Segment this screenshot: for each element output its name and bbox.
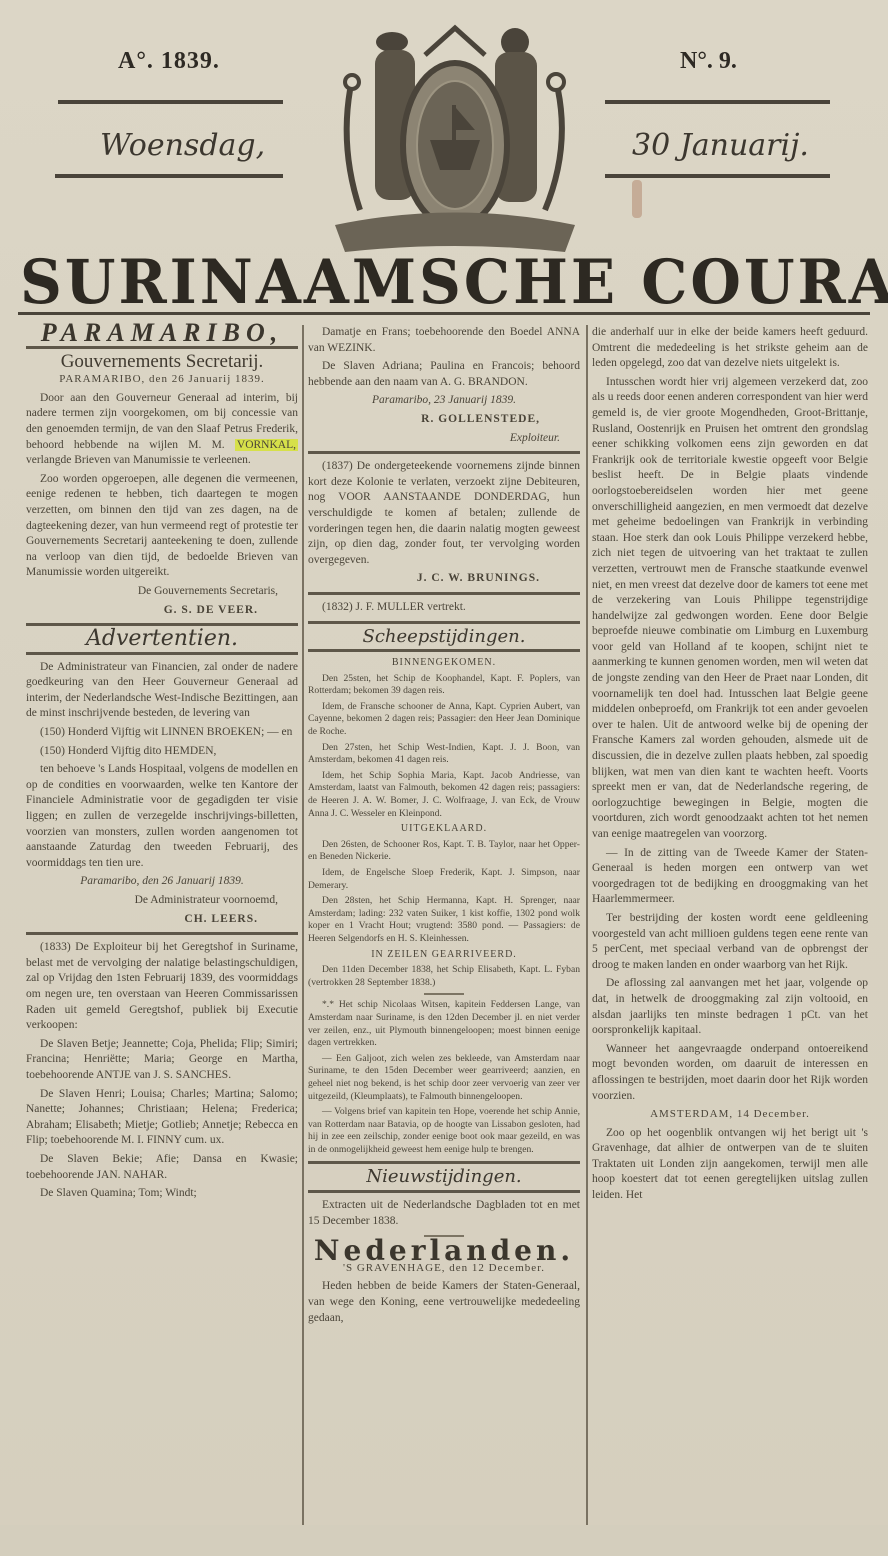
advert-sign-title: De Administrateur voornoemd, — [26, 893, 298, 909]
advert-paragraph: De Slaven Bekie; Afie; Dansa en Kwasie; … — [26, 1152, 298, 1183]
column-3: die anderhalf uur in elke der beide kame… — [592, 325, 868, 1207]
column-2: Damatje en Frans; toebehoorende den Boed… — [308, 325, 580, 1329]
news-paragraph: Wanneer het aangevraagde onderpand ontoe… — [592, 1042, 868, 1104]
column-divider-2 — [586, 325, 588, 1550]
advert-date: Paramaribo, 23 Januarij 1839. — [308, 393, 580, 409]
masthead-rule-left-top — [58, 100, 283, 104]
issue-date: 30 Januarij. — [632, 128, 809, 163]
country-heading: Nederlanden. — [308, 1243, 580, 1259]
separator — [308, 1190, 580, 1193]
separator — [26, 932, 298, 935]
column-divider-1 — [302, 325, 304, 1550]
signature-title: De Gouvernements Secretaris, — [26, 584, 298, 600]
separator — [308, 621, 580, 624]
coat-of-arms-icon — [330, 20, 580, 255]
notice-paragraph: Door aan den Gouverneur Generaal ad inte… — [26, 391, 298, 469]
issue-weekday: Woensdag, — [100, 128, 265, 163]
separator — [26, 652, 298, 655]
paper-stain — [632, 180, 642, 218]
advert-item: (150) Honderd Vijftig wit LINNEN BROEKEN… — [26, 725, 298, 741]
advert-paragraph: (1837) De ondergeteekende voornemens zij… — [308, 459, 580, 568]
news-dateline: 'S GRAVENHAGE, den 12 December. — [308, 1261, 580, 1277]
newspaper-page: A°. 1839. N°. 9. Woensdag, 30 Januarij. — [0, 0, 888, 1556]
newspaper-title: SURINAAMSCHE COURANT. — [20, 246, 870, 317]
advert-paragraph: De Slaven Henri; Louisa; Charles; Martin… — [26, 1087, 298, 1149]
separator — [308, 649, 580, 652]
section-title-government: Gouvernements Secretarij. — [26, 354, 298, 370]
shipping-entry: Idem, de Engelsche Sloep Frederik, Kapt.… — [308, 867, 580, 892]
shipping-entry: Den 26sten, de Schooner Ros, Kapt. T. B.… — [308, 839, 580, 864]
shipping-note: — Een Galjoot, zich welen zes bekleede, … — [308, 1053, 580, 1103]
news-paragraph: Ter bestrijding der kosten wordt eene ge… — [592, 911, 868, 973]
separator — [308, 592, 580, 595]
highlighted-search-term[interactable]: VORNKAL, — [235, 439, 298, 451]
advert-item: (150) Honderd Vijftig dito HEMDEN, — [26, 744, 298, 760]
advert-sign-name: J. C. W. BRUNINGS. — [308, 571, 580, 587]
advert-sign-name: R. GOLLENSTEDE, — [308, 412, 580, 428]
advert-paragraph: (1832) J. F. MULLER vertrekt. — [308, 600, 580, 616]
issue-year: A°. 1839. — [118, 48, 220, 75]
dateline-paramaribo: PARAMARIBO, — [26, 325, 298, 341]
section-title-advertenties: Advertentien. — [26, 631, 298, 647]
notice-paragraph: Zoo worden opgeroepen, alle degenen die … — [26, 472, 298, 581]
shipping-entry: Den 25sten, het Schip de Koophandel, Kap… — [308, 673, 580, 698]
page-bottom-margin — [0, 1525, 888, 1556]
shipping-entry: Den 27sten, het Schip West-Indien, Kapt.… — [308, 742, 580, 767]
advert-paragraph: (1833) De Exploiteur bij het Geregtshof … — [26, 940, 298, 1034]
news-paragraph: Zoo op het oogenblik ontvangen wij het b… — [592, 1126, 868, 1204]
separator — [308, 1161, 580, 1164]
shipping-entry: Idem, het Schip Sophia Maria, Kapt. Jaco… — [308, 770, 580, 820]
subheading-sailing: IN ZEILEN GEARRIVEERD. — [308, 949, 580, 962]
subheading-departed: UITGEKLAARD. — [308, 823, 580, 836]
advert-paragraph: De Slaven Quamina; Tom; Windt; — [26, 1186, 298, 1202]
section-title-shipping: Scheepstijdingen. — [308, 629, 580, 645]
news-dateline: AMSTERDAM, 14 December. — [592, 1107, 868, 1123]
shipping-note: *.* Het schip Nicolaas Witsen, kapitein … — [308, 999, 580, 1049]
advert-date: Paramaribo, den 26 Januarij 1839. — [26, 874, 298, 890]
separator — [308, 451, 580, 454]
issue-number: N°. 9. — [680, 48, 737, 75]
advert-sign-role: Exploiteur. — [308, 431, 580, 447]
advert-continuation: Damatje en Frans; toebehoorende den Boed… — [308, 325, 580, 356]
advert-sign-name: CH. LEERS. — [26, 912, 298, 928]
advert-paragraph: De Administrateur van Financien, zal ond… — [26, 660, 298, 722]
advert-paragraph: ten behoeve 's Lands Hospitaal, volgens … — [26, 762, 298, 871]
masthead-rule-right-bottom — [605, 174, 830, 178]
news-paragraph: De aflossing zal aanvangen met het jaar,… — [592, 976, 868, 1038]
news-paragraph: — In de zitting van de Tweede Kamer der … — [592, 846, 868, 908]
shipping-news: BINNENGEKOMEN. Den 25sten, het Schip de … — [308, 657, 580, 1156]
news-paragraph: Intusschen wordt hier vrij algemeen verz… — [592, 375, 868, 843]
signature-name: G. S. DE VEER. — [26, 603, 298, 619]
subheading-arrived: BINNENGEKOMEN. — [308, 657, 580, 670]
extract-note: Extracten uit de Nederlandsche Dagbladen… — [308, 1198, 580, 1229]
news-paragraph: Heden hebben de beide Kamers der Staten-… — [308, 1279, 580, 1326]
shipping-entry: Idem, de Fransche schooner de Anna, Kapt… — [308, 701, 580, 739]
shipping-note: — Volgens brief van kapitein ten Hope, v… — [308, 1106, 580, 1156]
news-paragraph: die anderhalf uur in elke der beide kame… — [592, 325, 868, 372]
short-rule — [424, 993, 464, 995]
column-1: PARAMARIBO, Gouvernements Secretarij. PA… — [26, 325, 298, 1205]
advert-continuation: De Slaven Adriana; Paulina en Francois; … — [308, 359, 580, 390]
advert-paragraph: De Slaven Betje; Jeannette; Coja, Phelid… — [26, 1037, 298, 1084]
masthead-rule-left-bottom — [55, 174, 283, 178]
masthead: A°. 1839. N°. 9. Woensdag, 30 Januarij. — [0, 0, 888, 320]
masthead-bottom-rule — [18, 312, 870, 315]
shipping-entry: Den 28sten, het Schip Hermanna, Kapt. H.… — [308, 895, 580, 945]
place-date: PARAMARIBO, den 26 Januarij 1839. — [26, 372, 298, 388]
shipping-entry: Den 11den December 1838, het Schip Elisa… — [308, 964, 580, 989]
masthead-rule-right-top — [605, 100, 830, 104]
section-title-news: Nieuwstijdingen. — [308, 1169, 580, 1185]
